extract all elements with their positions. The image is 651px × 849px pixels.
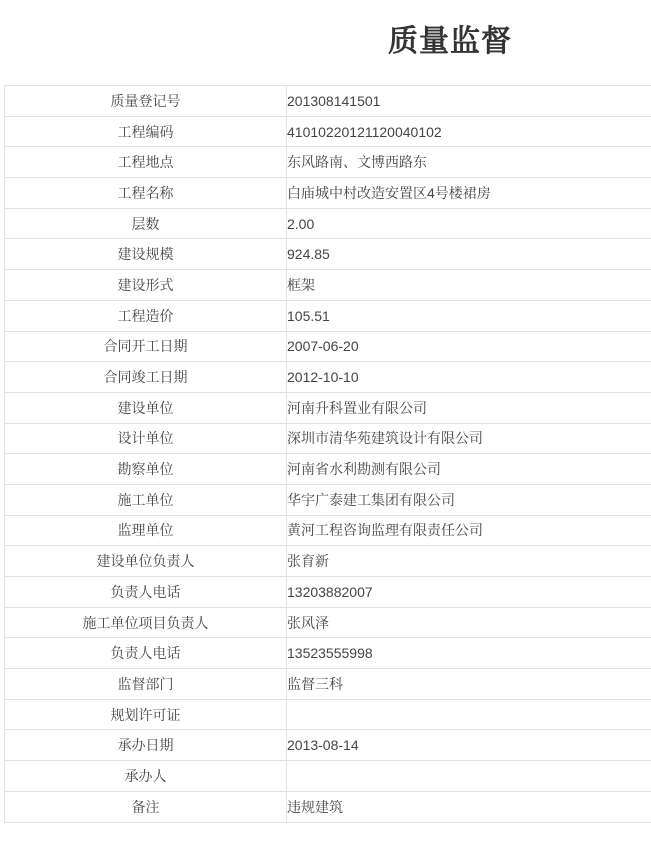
row-label: 工程编码 — [5, 116, 287, 147]
table-row: 质量登记号 201308141501 — [5, 86, 651, 117]
row-label: 建设规模 — [5, 239, 287, 270]
quality-supervision-table: 质量登记号 201308141501 工程编码 4101022012112004… — [4, 85, 651, 823]
row-value: 东风路南、文博西路东 — [287, 147, 651, 178]
table-row: 设计单位 深圳市清华苑建筑设计有限公司 — [5, 423, 651, 454]
table-row: 工程编码 41010220121120040102 — [5, 116, 651, 147]
row-value: 违规建筑 — [287, 791, 651, 822]
row-value: 河南升科置业有限公司 — [287, 392, 651, 423]
row-label: 承办人 — [5, 761, 287, 792]
row-value: 2007-06-20 — [287, 331, 651, 362]
row-value: 105.51 — [287, 300, 651, 331]
table-row: 层数 2.00 — [5, 208, 651, 239]
row-value: 2013-08-14 — [287, 730, 651, 761]
row-label: 质量登记号 — [5, 86, 287, 117]
row-value: 黄河工程咨询监理有限责任公司 — [287, 515, 651, 546]
row-label: 施工单位 — [5, 484, 287, 515]
row-value: 13523555998 — [287, 638, 651, 669]
table-row: 工程地点 东风路南、文博西路东 — [5, 147, 651, 178]
table-row: 建设单位 河南升科置业有限公司 — [5, 392, 651, 423]
table-row: 工程造价 105.51 — [5, 300, 651, 331]
table-row: 负责人电话 13523555998 — [5, 638, 651, 669]
page-container: 质量监督 质量登记号 201308141501 工程编码 41010220121… — [0, 0, 651, 823]
row-label: 规划许可证 — [5, 699, 287, 730]
row-value: 框架 — [287, 270, 651, 301]
table-row: 合同竣工日期 2012-10-10 — [5, 362, 651, 393]
row-value: 监督三科 — [287, 669, 651, 700]
row-value — [287, 699, 651, 730]
row-value: 2012-10-10 — [287, 362, 651, 393]
row-label: 合同开工日期 — [5, 331, 287, 362]
table-row: 承办日期 2013-08-14 — [5, 730, 651, 761]
row-label: 监理单位 — [5, 515, 287, 546]
row-value: 2.00 — [287, 208, 651, 239]
row-value: 白庙城中村改造安置区4号楼裙房 — [287, 178, 651, 209]
table-row: 规划许可证 — [5, 699, 651, 730]
table-row: 施工单位项目负责人 张风泽 — [5, 607, 651, 638]
row-label: 建设形式 — [5, 270, 287, 301]
table-row: 建设形式 框架 — [5, 270, 651, 301]
row-label: 工程造价 — [5, 300, 287, 331]
row-value: 张育新 — [287, 546, 651, 577]
info-table-body: 质量登记号 201308141501 工程编码 4101022012112004… — [5, 86, 651, 823]
row-value: 河南省水利勘测有限公司 — [287, 454, 651, 485]
row-label: 建设单位 — [5, 392, 287, 423]
row-value: 201308141501 — [287, 86, 651, 117]
row-label: 监督部门 — [5, 669, 287, 700]
table-row: 监理单位 黄河工程咨询监理有限责任公司 — [5, 515, 651, 546]
row-label: 工程名称 — [5, 178, 287, 209]
row-label: 建设单位负责人 — [5, 546, 287, 577]
table-row: 建设规模 924.85 — [5, 239, 651, 270]
row-label: 备注 — [5, 791, 287, 822]
row-label: 合同竣工日期 — [5, 362, 287, 393]
row-value: 924.85 — [287, 239, 651, 270]
row-label: 负责人电话 — [5, 577, 287, 608]
table-row: 备注 违规建筑 — [5, 791, 651, 822]
row-value — [287, 761, 651, 792]
page-title: 质量监督 — [0, 0, 651, 60]
table-row: 监督部门 监督三科 — [5, 669, 651, 700]
row-value: 13203882007 — [287, 577, 651, 608]
row-value: 41010220121120040102 — [287, 116, 651, 147]
table-row: 勘察单位 河南省水利勘测有限公司 — [5, 454, 651, 485]
row-label: 施工单位项目负责人 — [5, 607, 287, 638]
row-value: 张风泽 — [287, 607, 651, 638]
row-label: 承办日期 — [5, 730, 287, 761]
table-row: 负责人电话 13203882007 — [5, 577, 651, 608]
row-label: 勘察单位 — [5, 454, 287, 485]
row-label: 负责人电话 — [5, 638, 287, 669]
table-row: 建设单位负责人 张育新 — [5, 546, 651, 577]
table-row: 合同开工日期 2007-06-20 — [5, 331, 651, 362]
row-label: 工程地点 — [5, 147, 287, 178]
row-value: 深圳市清华苑建筑设计有限公司 — [287, 423, 651, 454]
table-row: 工程名称 白庙城中村改造安置区4号楼裙房 — [5, 178, 651, 209]
row-value: 华宇广泰建工集团有限公司 — [287, 484, 651, 515]
table-row: 承办人 — [5, 761, 651, 792]
row-label: 设计单位 — [5, 423, 287, 454]
row-label: 层数 — [5, 208, 287, 239]
table-row: 施工单位 华宇广泰建工集团有限公司 — [5, 484, 651, 515]
